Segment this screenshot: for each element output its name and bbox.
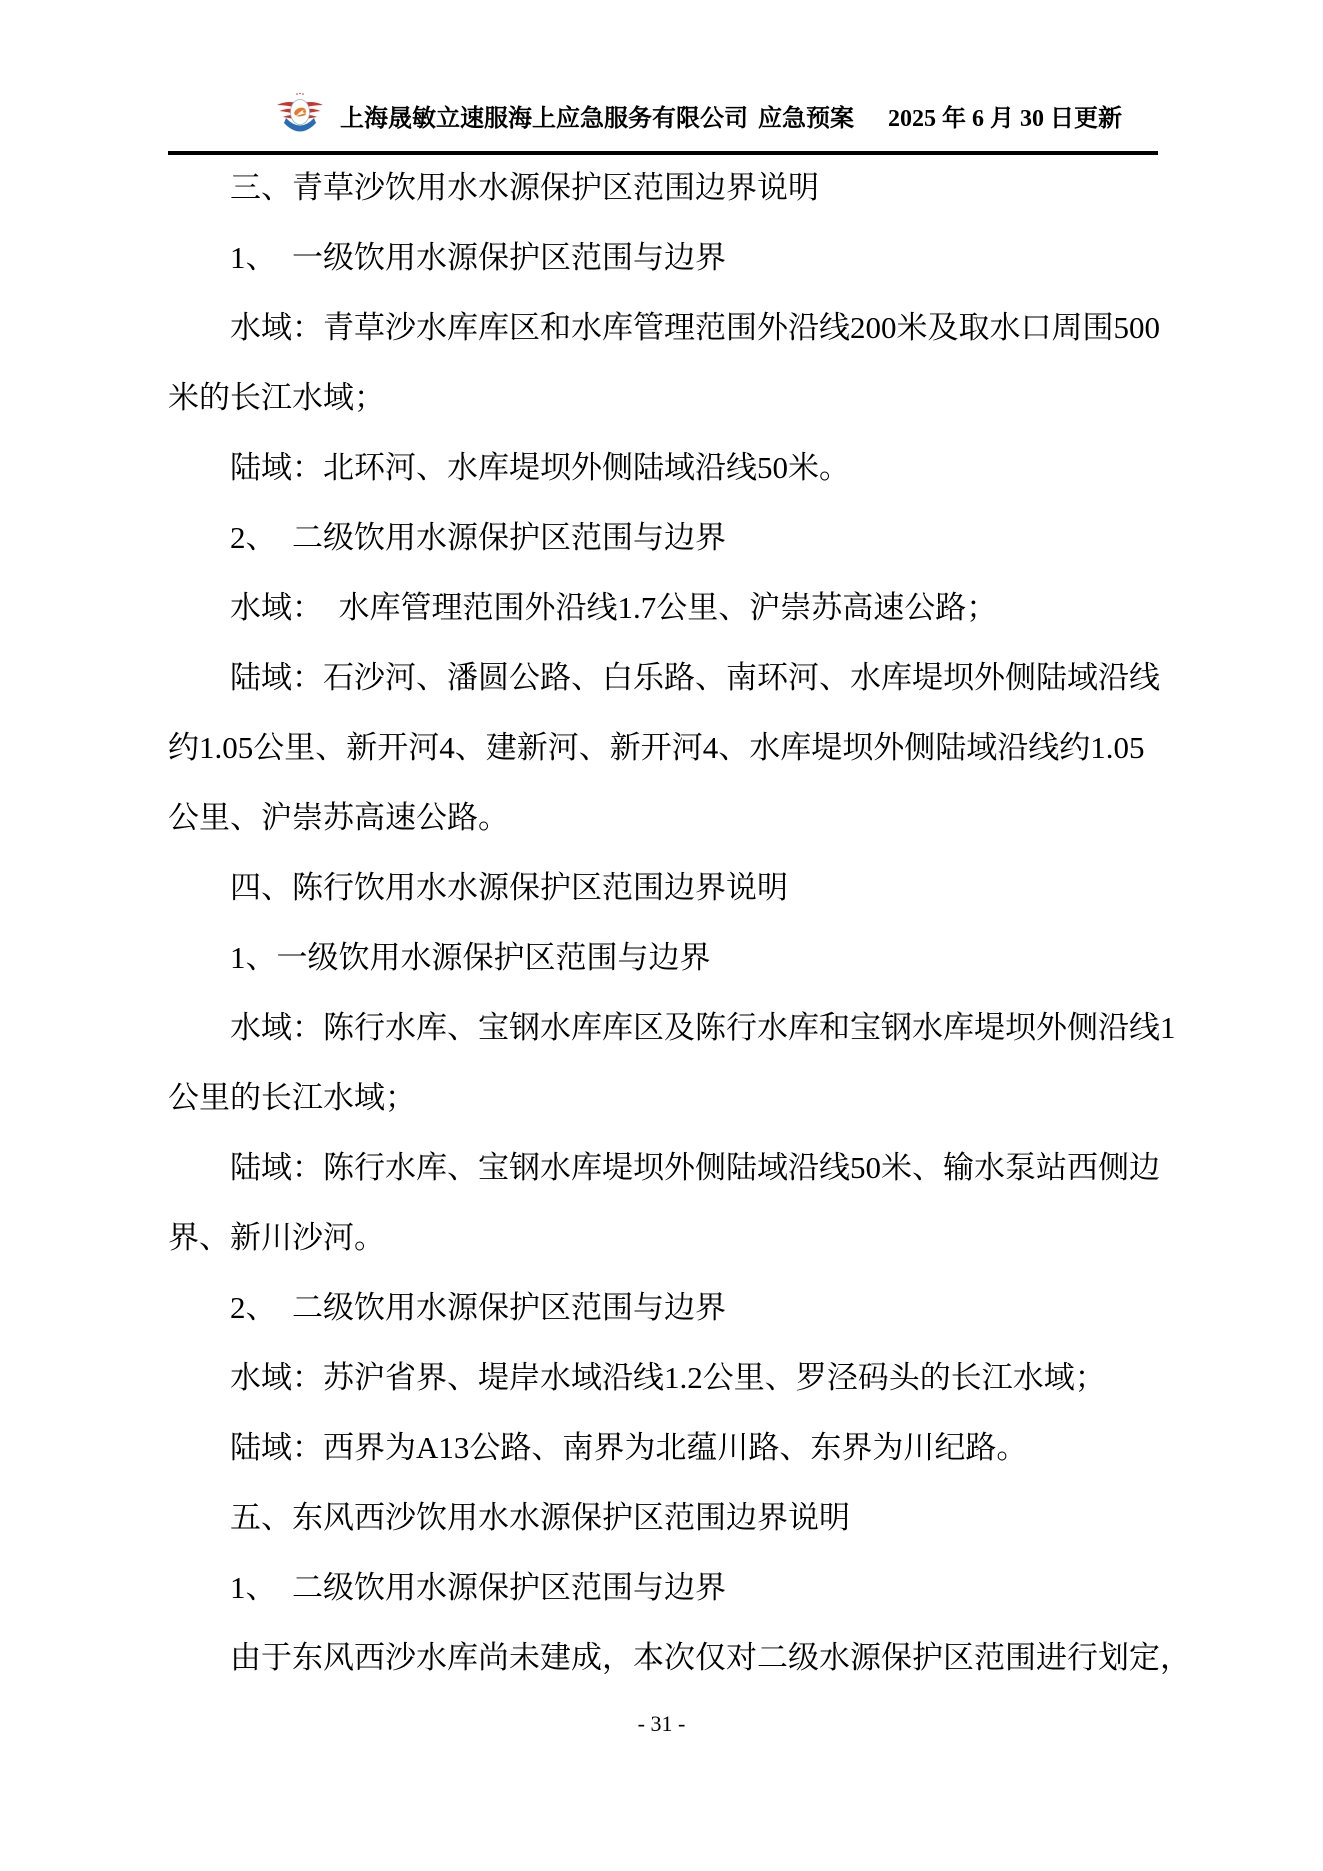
body-line: 公里、沪崇苏高速公路。 [168,783,1158,853]
body-line: 米的长江水域； [168,363,1158,433]
body-line: 水域：陈行水库、宝钢水库库区及陈行水库和宝钢水库堤坝外侧沿线1 [168,993,1158,1063]
document-page: 上海晟敏立速服海上应急服务有限公司 应急预案 2025 年 6 月 30 日更新… [0,0,1323,1871]
document-body: 三、青草沙饮用水水源保护区范围边界说明1、 一级饮用水源保护区范围与边界水域：青… [168,153,1158,1693]
company-logo-icon [276,90,324,142]
body-line: 五、东风西沙饮用水水源保护区范围边界说明 [168,1483,1158,1553]
page-number: - 31 - [0,1706,1323,1742]
body-line: 1、一级饮用水源保护区范围与边界 [168,923,1158,993]
body-line: 1、 一级饮用水源保护区范围与边界 [168,223,1158,293]
body-line: 陆域：西界为A13公路、南界为北蕴川路、东界为川纪路。 [168,1413,1158,1483]
body-line: 2、 二级饮用水源保护区范围与边界 [168,1273,1158,1343]
body-line: 水域： 水库管理范围外沿线1.7公里、沪崇苏高速公路； [168,573,1158,643]
body-line: 陆域：北环河、水库堤坝外侧陆域沿线50米。 [168,433,1158,503]
body-line: 四、陈行饮用水水源保护区范围边界说明 [168,853,1158,923]
body-line: 陆域：陈行水库、宝钢水库堤坝外侧陆域沿线50米、输水泵站西侧边 [168,1133,1158,1203]
company-name: 上海晟敏立速服海上应急服务有限公司 [340,103,748,135]
update-date: 2025 年 6 月 30 日更新 [888,103,1122,135]
body-line: 水域：青草沙水库库区和水库管理范围外沿线200米及取水口周围500 [168,293,1158,363]
body-line: 界、新川沙河。 [168,1203,1158,1273]
doc-type-label: 应急预案 [758,103,854,135]
body-line: 陆域：石沙河、潘圆公路、白乐路、南环河、水库堤坝外侧陆域沿线 [168,643,1158,713]
body-line: 约1.05公里、新开河4、建新河、新开河4、水库堤坝外侧陆域沿线约1.05 [168,713,1158,783]
body-line: 三、青草沙饮用水水源保护区范围边界说明 [168,153,1158,223]
body-line: 1、 二级饮用水源保护区范围与边界 [168,1553,1158,1623]
body-line: 公里的长江水域； [168,1063,1158,1133]
body-line: 水域：苏沪省界、堤岸水域沿线1.2公里、罗泾码头的长江水域； [168,1343,1158,1413]
body-line: 2、 二级饮用水源保护区范围与边界 [168,503,1158,573]
body-line: 由于东风西沙水库尚未建成，本次仅对二级水源保护区范围进行划定， [168,1623,1158,1693]
